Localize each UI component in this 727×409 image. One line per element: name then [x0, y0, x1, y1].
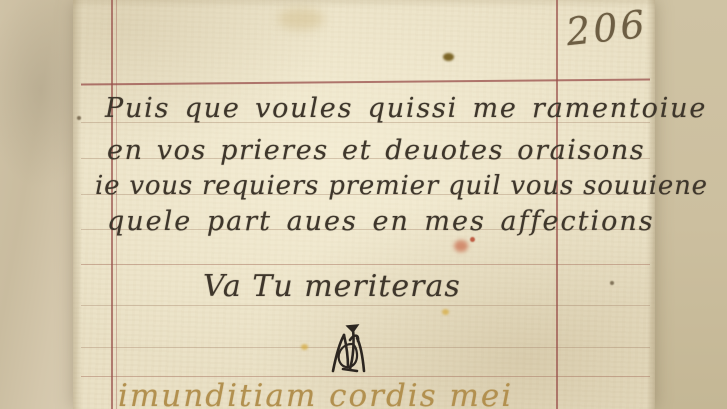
verse-line: ie vous requiers premier quil vous souui… — [95, 171, 708, 201]
ruled-line-red-horizontal — [81, 79, 650, 86]
manuscript-photo: 206 Puis que voules quissi me ramentoiue… — [0, 0, 727, 409]
paper-speck — [610, 281, 614, 285]
margin-line-left-vertical — [111, 0, 113, 409]
ruled-line-horizontal — [81, 305, 650, 306]
red-paint-smudge — [454, 240, 468, 252]
blurred-backdrop-left — [0, 0, 73, 409]
motto-line: Va Tu meriteras — [203, 269, 461, 304]
blurred-backdrop-right — [655, 0, 727, 409]
monogram-icon — [328, 320, 370, 374]
red-paint-dot — [470, 237, 475, 242]
verse-line: quele part aues en mes affections — [107, 206, 655, 237]
ink-blot — [443, 53, 454, 61]
latin-line: imunditiam cordis mei — [118, 378, 513, 409]
ruled-line-horizontal — [81, 376, 650, 377]
paper-speck — [77, 116, 81, 120]
margin-line-right-vertical — [556, 0, 558, 409]
margin-line-left-vertical — [116, 0, 117, 409]
paper-stain — [278, 8, 324, 30]
gold-fleck — [442, 309, 449, 315]
folio-number: 206 — [564, 2, 650, 54]
ruled-line-horizontal — [81, 264, 650, 265]
verse-line: en vos prieres et deuotes oraisons — [107, 135, 645, 166]
manuscript-page: 206 Puis que voules quissi me ramentoiue… — [73, 0, 655, 409]
verse-line: Puis que voules quissi me ramentoiue — [105, 93, 707, 124]
